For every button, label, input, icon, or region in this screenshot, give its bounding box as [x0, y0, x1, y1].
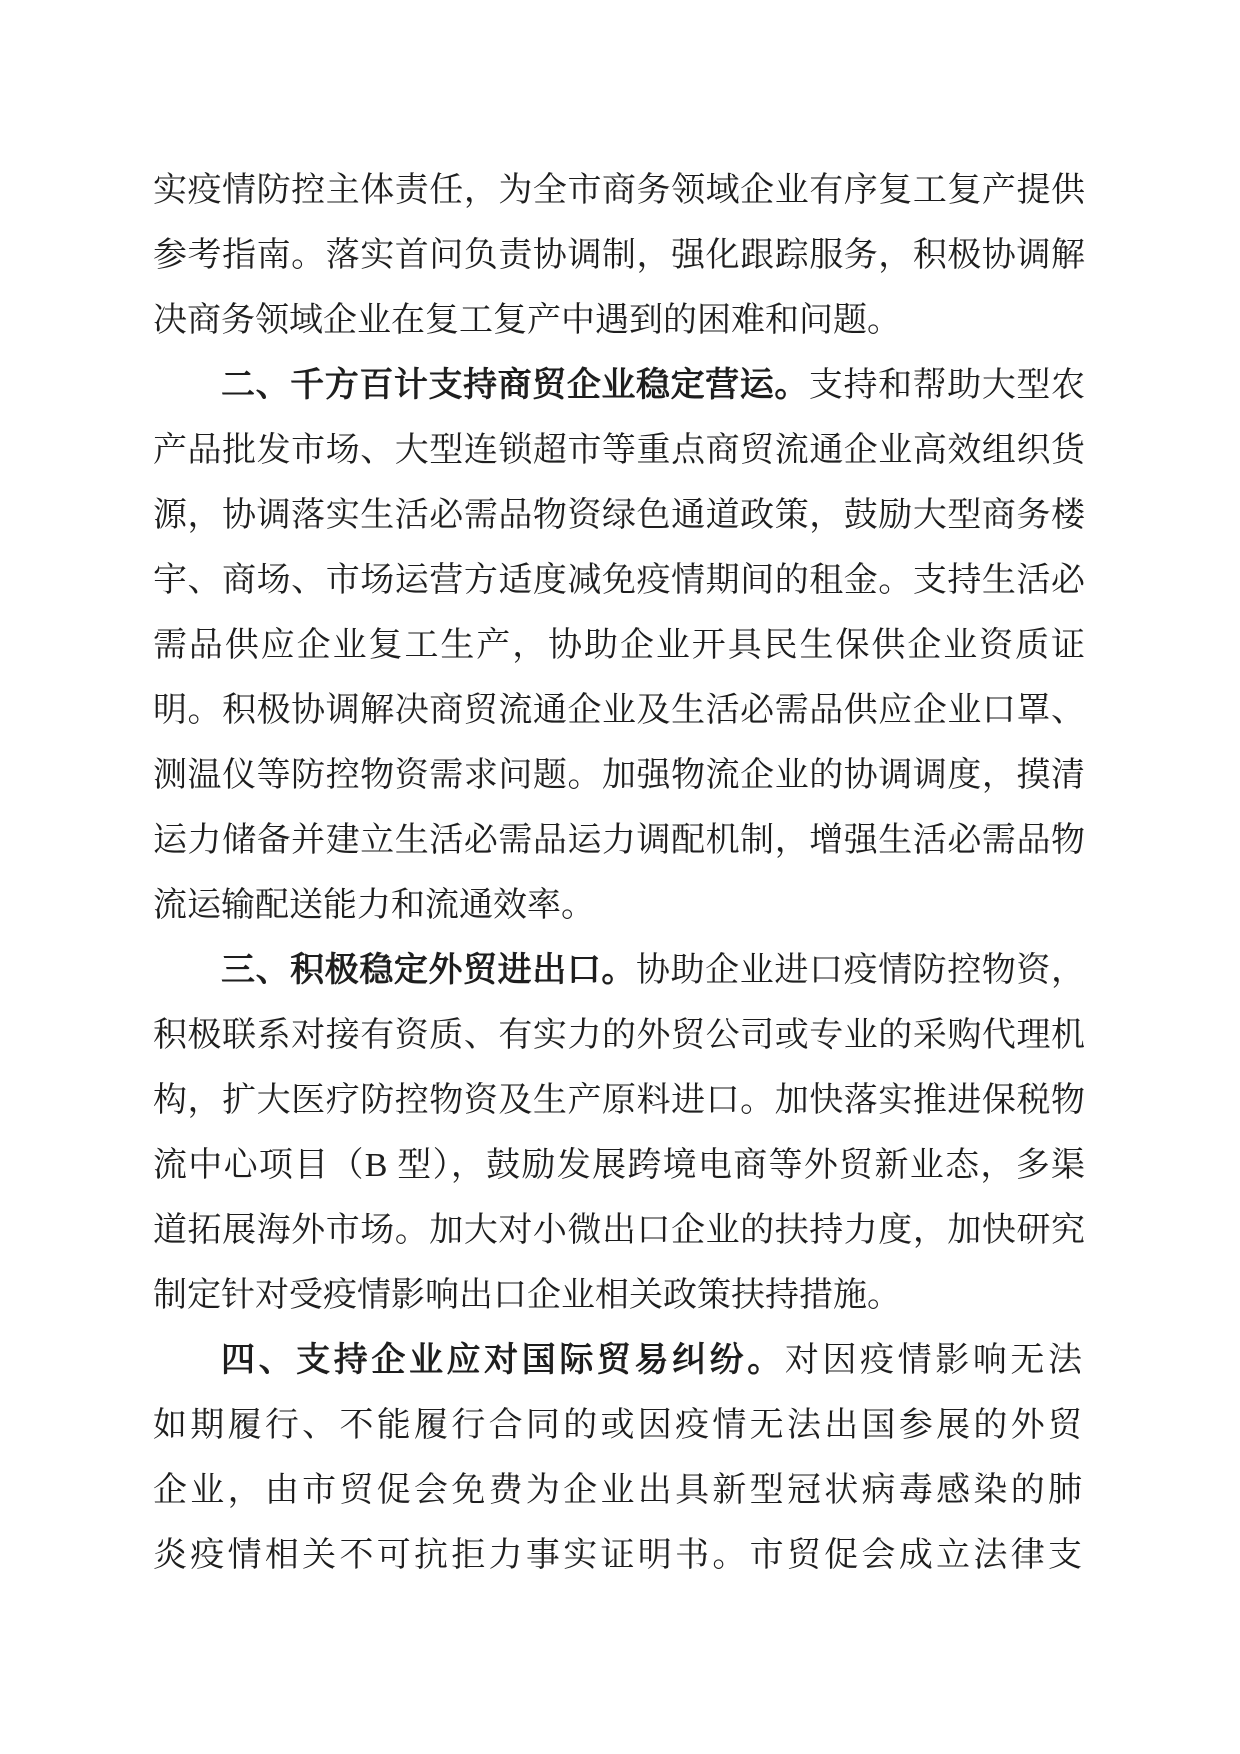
- paragraph-3: 三、积极稳定外贸进出口。协助企业进口疫情防控物资，积极联系对接有资质、有实力的外…: [153, 938, 1085, 1328]
- paragraph-1: 实疫情防控主体责任，为全市商务领域企业有序复工复产提供参考指南。落实首问负责协调…: [153, 158, 1085, 353]
- paragraph-2-text: 支持和帮助大型农产品批发市场、大型连锁超市等重点商贸流通企业高效组织货源，协调落…: [153, 367, 1085, 924]
- paragraph-4: 四、支持企业应对国际贸易纠纷。对因疫情影响无法如期履行、不能履行合同的或因疫情无…: [153, 1328, 1085, 1588]
- document-page: 实疫情防控主体责任，为全市商务领域企业有序复工复产提供参考指南。落实首问负责协调…: [0, 0, 1240, 1754]
- paragraph-3-text: 协助企业进口疫情防控物资，积极联系对接有资质、有实力的外贸公司或专业的采购代理机…: [153, 952, 1085, 1314]
- paragraph-3-heading: 三、积极稳定外贸进出口。: [221, 952, 636, 989]
- paragraph-2: 二、千方百计支持商贸企业稳定营运。支持和帮助大型农产品批发市场、大型连锁超市等重…: [153, 353, 1085, 938]
- paragraph-1-text: 实疫情防控主体责任，为全市商务领域企业有序复工复产提供参考指南。落实首问负责协调…: [153, 172, 1085, 339]
- paragraph-4-heading: 四、支持企业应对国际贸易纠纷。: [221, 1342, 785, 1379]
- document-body: 实疫情防控主体责任，为全市商务领域企业有序复工复产提供参考指南。落实首问负责协调…: [153, 158, 1085, 1588]
- paragraph-2-heading: 二、千方百计支持商贸企业稳定营运。: [221, 367, 809, 404]
